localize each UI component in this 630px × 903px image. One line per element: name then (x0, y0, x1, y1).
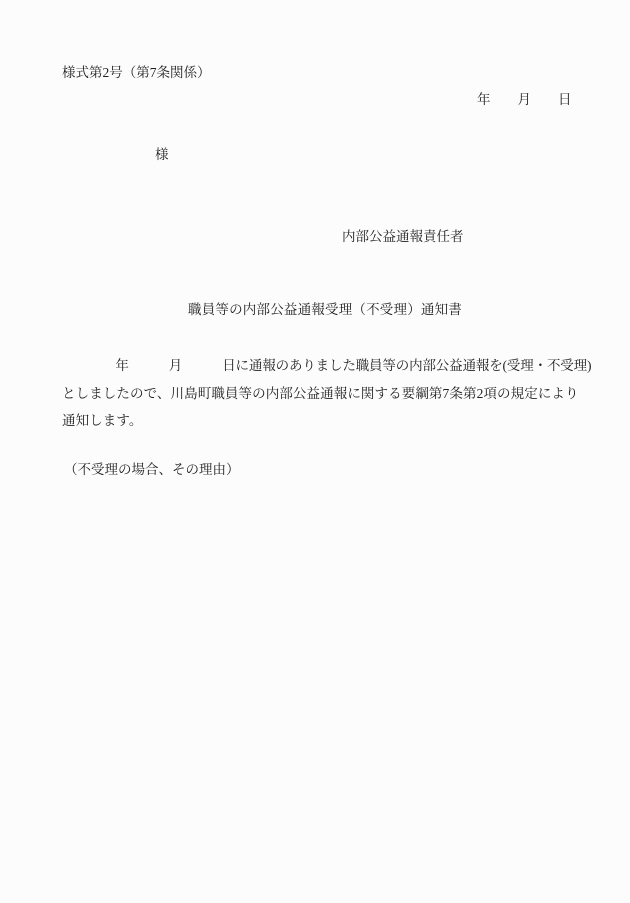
body-paragraph: 年 月 日に通報のありました職員等の内部公益通報を(受理・不受理) としましたの… (62, 352, 591, 435)
sender-title: 内部公益通報責任者 (342, 230, 464, 244)
body-line-1: 年 月 日に通報のありました職員等の内部公益通報を(受理・不受理) (62, 352, 591, 380)
document-title: 職員等の内部公益通報受理（不受理）通知書 (188, 303, 462, 317)
body-line-2: としましたので、川島町職員等の内部公益通報に関する要綱第7条第2項の規定により (62, 380, 591, 408)
addressee-suffix: 様 (155, 148, 169, 162)
reason-note: （不受理の場合、その理由） (64, 463, 240, 477)
form-number: 様式第2号（第7条関係） (62, 66, 211, 80)
body-line-3: 通知します。 (62, 407, 591, 435)
document-page: 様式第2号（第7条関係） 年 月 日 様 内部公益通報責任者 職員等の内部公益通… (0, 0, 630, 903)
date-line: 年 月 日 (477, 93, 572, 107)
